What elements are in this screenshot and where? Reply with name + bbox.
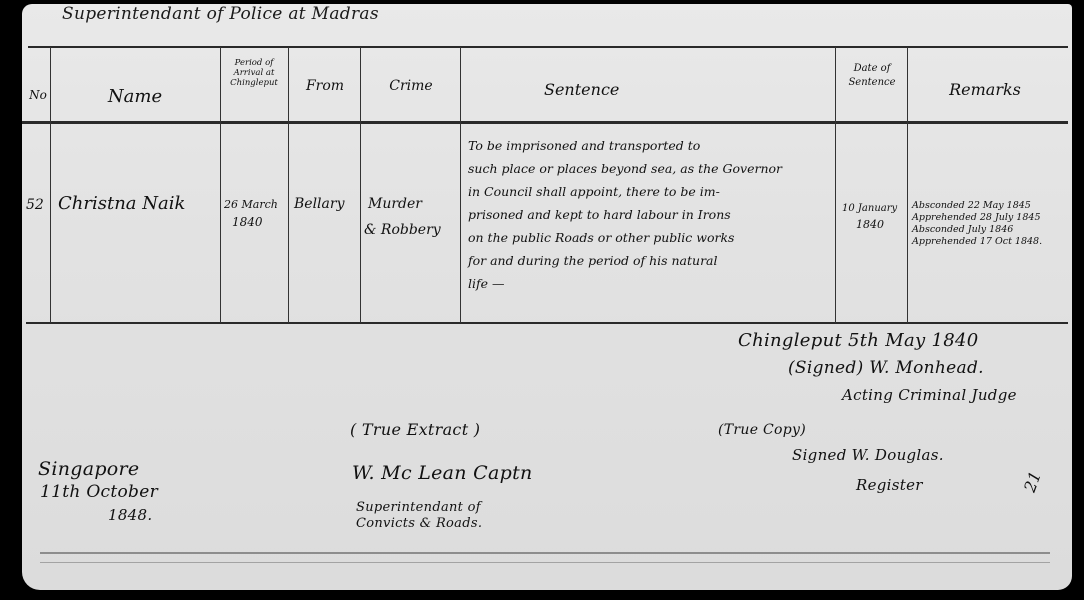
header-remarks: Remarks [910, 80, 1060, 99]
header-bottom-rule [22, 121, 1068, 124]
row-52-sentence-date: 10 January [842, 203, 897, 214]
true-copy-signature: Signed W. Douglas. [792, 446, 944, 464]
header-sentence: Sentence [462, 80, 834, 99]
true-copy-title: Register [856, 476, 923, 494]
paper-fold-line [40, 552, 1050, 554]
row-52-name: Christna Naik [58, 193, 185, 214]
col-divider-1 [50, 47, 51, 323]
header-from: From [290, 78, 360, 94]
judge-place-date: Chingleput 5th May 1840 [738, 330, 978, 351]
row-52-arrival-date: 26 March [224, 198, 278, 211]
page-edge-shadow [1072, 4, 1084, 594]
row-52-from: Bellary [294, 196, 344, 212]
col-divider-4 [360, 47, 361, 323]
row-52-crime-line2: & Robbery [364, 222, 441, 238]
singapore-date: 11th October [40, 482, 158, 502]
header-crime: Crime [362, 78, 460, 94]
table-bottom-rule [26, 322, 1068, 324]
row-52-crime-line1: Murder [368, 196, 422, 212]
row-52-no: 52 [26, 197, 44, 213]
singapore-year: 1848. [108, 506, 152, 524]
true-extract-title-2: Convicts & Roads. [356, 516, 482, 531]
row-52-sentence: To be imprisoned and transported to such… [468, 134, 836, 295]
paper-fold-line-2 [40, 562, 1050, 563]
true-extract-label: ( True Extract ) [350, 420, 480, 439]
col-divider-3 [288, 47, 289, 323]
judge-signature: (Signed) W. Monhead. [788, 358, 984, 378]
judge-title: Acting Criminal Judge [842, 386, 1017, 404]
header-name: Name [60, 86, 210, 107]
true-extract-title-1: Superintendant of [356, 500, 481, 515]
col-divider-2 [220, 47, 221, 323]
row-52-sentence-year: 1840 [856, 218, 884, 231]
true-extract-signature: W. Mc Lean Captn [352, 462, 533, 484]
table-top-rule [28, 46, 1068, 48]
header-date-of-sentence: Date of Sentence [840, 62, 904, 90]
singapore-place: Singapore [38, 458, 139, 480]
col-divider-5 [460, 47, 461, 323]
row-52-remarks: Absconded 22 May 1845 Apprehended 28 Jul… [912, 200, 1072, 248]
true-copy-label: (True Copy) [718, 422, 806, 438]
row-52-arrival-year: 1840 [232, 215, 263, 229]
header-no: No [26, 88, 50, 102]
col-divider-7 [907, 47, 908, 323]
header-arrival: Period of Arrival at Chingleput [222, 58, 286, 88]
page-heading: Superintendant of Police at Madras [62, 4, 379, 24]
